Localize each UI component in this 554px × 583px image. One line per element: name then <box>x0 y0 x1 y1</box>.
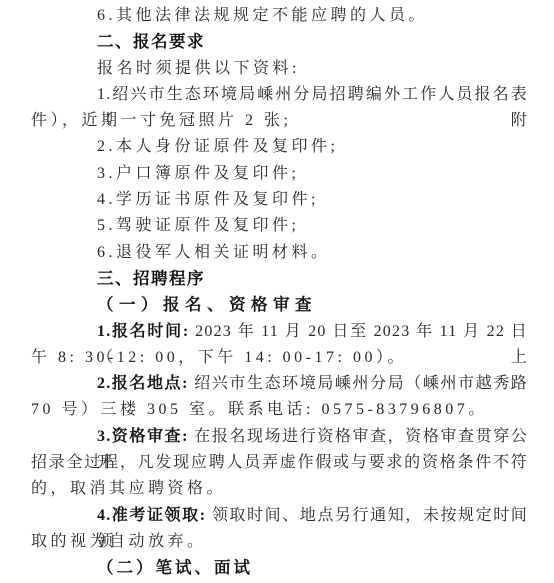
heading-text: 二、报名要求 <box>97 33 205 51</box>
para-item4-diploma: 4.学历证书原件及复印件; <box>31 187 528 213</box>
heading-sub1-signup-and-review: （一）报名、资格审查 <box>31 292 528 318</box>
line-text: 6.其他法律法规规定不能应聘的人员。 <box>97 7 428 24</box>
line-text: 报名时须提供以下资料: <box>97 60 300 77</box>
para-item5-driver-license: 5.驾驶证原件及复印件; <box>31 213 528 239</box>
document-page: 6.其他法律法规规定不能应聘的人员。 二、报名要求 报名时须提供以下资料: 1.… <box>0 0 554 583</box>
para-other-laws-item: 6.其他法律法规规定不能应聘的人员。 <box>31 3 528 29</box>
heading-text: （一）报名、资格审查 <box>97 295 317 314</box>
heading-sub2-written-and-interview: （二）笔试、面试 <box>31 555 528 581</box>
line-text: 6.退役军人相关证明材料。 <box>97 244 331 261</box>
run-in-label: 1.报名时间: <box>97 323 189 340</box>
line-text: 5.驾驶证原件及复印件; <box>97 217 299 234</box>
line-text: 招录全过程，凡发现应聘人员弄虚作假或与要求的资格条件不符 <box>31 454 528 471</box>
line-text: 绍兴市生态环境局嵊州分局（嵊州市越秀路 <box>189 375 528 392</box>
para-item6-veteran-proof: 6.退役军人相关证明材料。 <box>31 240 528 266</box>
line-text: 午 8: 30-12: 00，下午 14: 00-17: 00）。 <box>31 349 407 366</box>
para-signup-place-cont: 70 号）三楼 305 室。联系电话: 0575-83796807。 <box>31 397 528 423</box>
run-in-label: 3.资格审查: <box>97 428 189 445</box>
para-item2-id-card: 2.本人身份证原件及复印件; <box>31 134 528 160</box>
para-admission-ticket-cont: 取的视为自动放弃。 <box>31 529 528 555</box>
line-text: 70 号）三楼 305 室。联系电话: 0575-83796807。 <box>31 401 488 418</box>
heading-text: （二）笔试、面试 <box>97 558 253 577</box>
line-text: 3.户口簿原件及复印件; <box>97 165 299 182</box>
para-signup-time: 1.报名时间: 2023 年 11 月 20 日至 2023 年 11 月 22… <box>31 319 528 345</box>
para-signup-place: 2.报名地点: 绍兴市生态环境局嵊州分局（嵊州市越秀路 <box>31 371 528 397</box>
run-in-label: 2.报名地点: <box>97 375 189 392</box>
heading-section3-recruit-procedure: 三、招聘程序 <box>31 266 528 292</box>
line-text: 的，取消其应聘资格。 <box>31 480 226 497</box>
line-text: 2.本人身份证原件及复印件; <box>97 138 338 155</box>
para-qualification-review-cont2: 的，取消其应聘资格。 <box>31 476 528 502</box>
line-text: 件），近期一寸免冠照片 2 张; <box>31 112 291 129</box>
para-item3-hukou: 3.户口簿原件及复印件; <box>31 161 528 187</box>
para-admission-ticket: 4.准考证领取: 领取时间、地点另行通知，未按规定时间领 <box>31 503 528 529</box>
para-materials-lead: 报名时须提供以下资料: <box>31 56 528 82</box>
heading-section2-signup-requirements: 二、报名要求 <box>31 29 528 55</box>
line-text: 取的视为自动放弃。 <box>31 533 207 550</box>
heading-text: 三、招聘程序 <box>97 270 205 288</box>
run-in-label: 4.准考证领取: <box>97 507 206 524</box>
line-text: 4.学历证书原件及复印件; <box>97 191 319 208</box>
para-qualification-review-cont1: 招录全过程，凡发现应聘人员弄虚作假或与要求的资格条件不符 <box>31 450 528 476</box>
para-item1-application-form: 1.绍兴市生态环境局嵊州分局招聘编外工作人员报名表（附 <box>31 82 528 108</box>
para-qualification-review: 3.资格审查: 在报名现场进行资格审查，资格审查贯穿公开 <box>31 424 528 450</box>
